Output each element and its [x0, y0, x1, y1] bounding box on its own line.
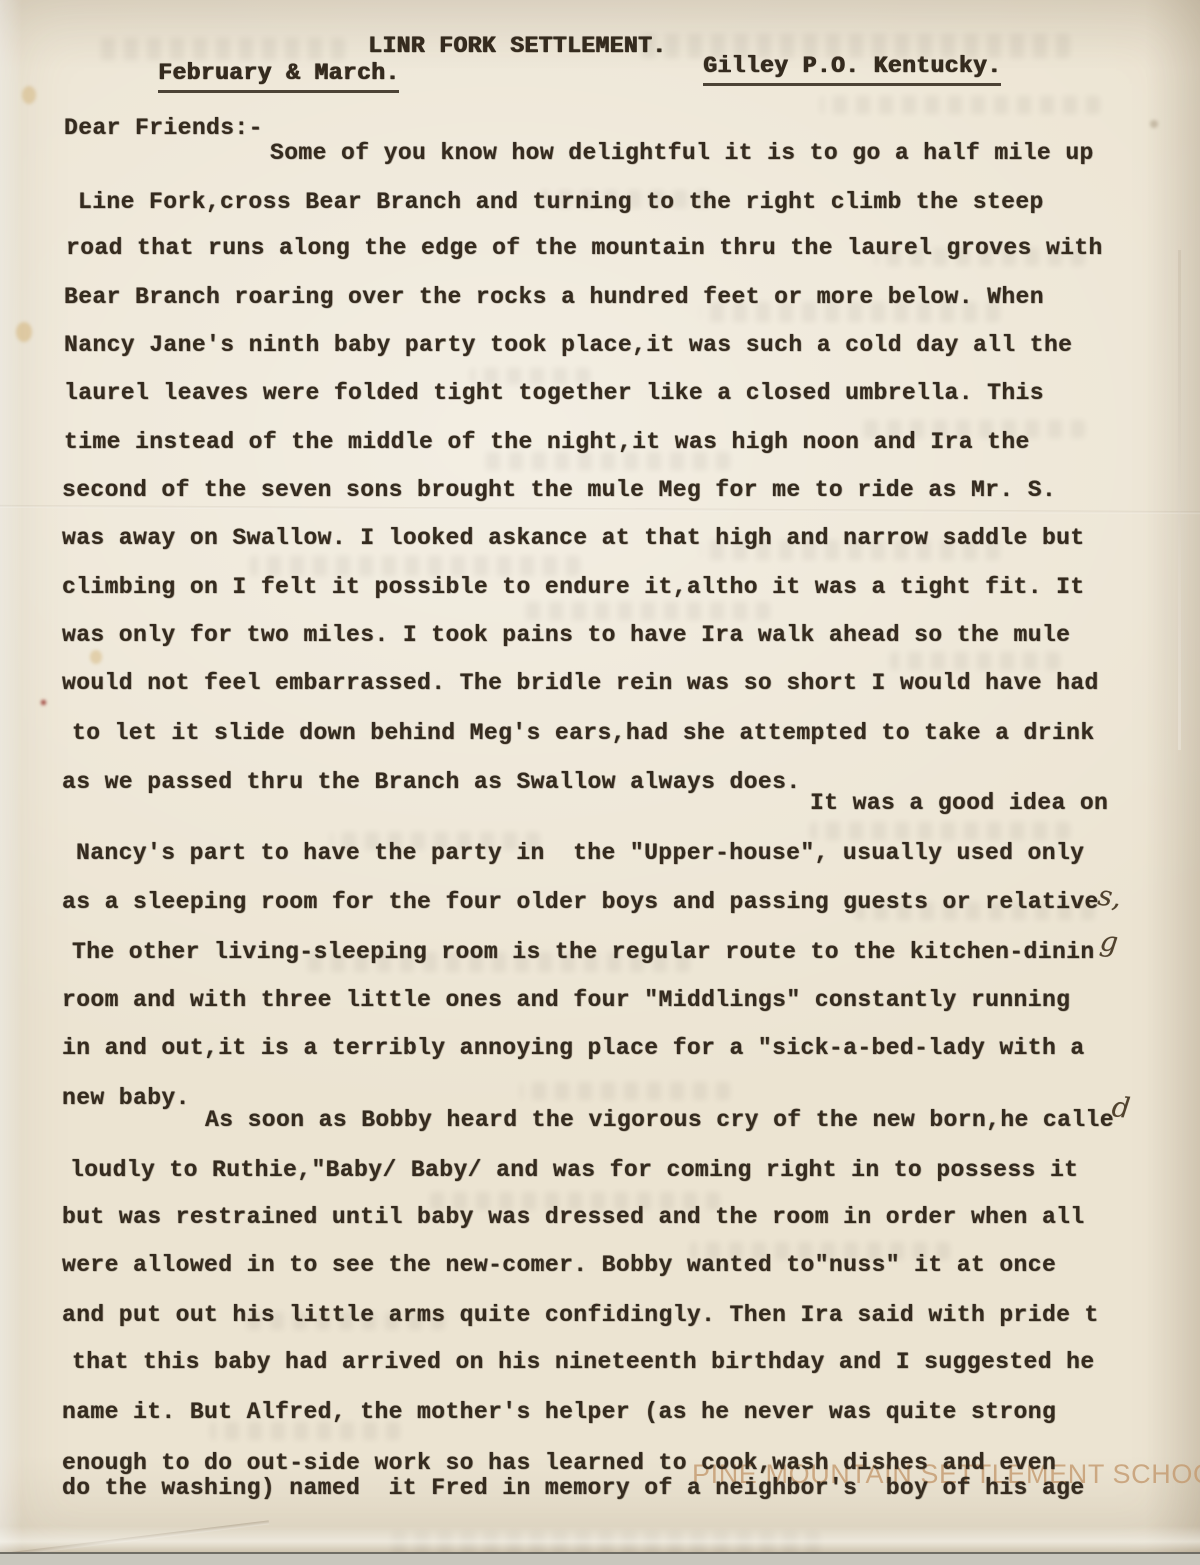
letter-line: that this baby had arrived on his ninete… — [72, 1348, 1095, 1376]
letter-date-line: February & March. — [158, 59, 399, 93]
letter-line: room and with three little ones and four… — [62, 986, 1070, 1014]
letter-line: The other living-sleeping room is the re… — [72, 938, 1095, 966]
letter-line: time instead of the middle of the night,… — [64, 428, 1030, 456]
crease-mark — [0, 505, 1200, 514]
letter-line: new baby. — [62, 1084, 190, 1112]
letter-line: do the washing) named it Fred in memory … — [62, 1474, 1085, 1502]
letter-line: As soon as Bobby heard the vigorous cry … — [205, 1106, 1114, 1134]
letter-line: Bear Branch roaring over the rocks a hun… — [64, 283, 1044, 311]
salutation: Dear Friends:- — [64, 114, 263, 142]
letter-line: laurel leaves were folded tight together… — [64, 379, 1044, 407]
page-bottom-curl — [0, 1526, 1200, 1552]
letter-line: second of the seven sons brought the mul… — [62, 476, 1056, 504]
letter-line: name it. But Alfred, the mother's helper… — [62, 1398, 1056, 1426]
letter-po-line: Gilley P.O. Kentucky. — [703, 52, 1001, 86]
letter-line: Nancy's part to have the party in the "U… — [76, 839, 1084, 867]
bleedthrough-patch — [820, 96, 1100, 114]
age-spot — [90, 650, 102, 664]
age-spot — [1150, 120, 1158, 128]
letter-line: It was a good idea on — [810, 789, 1108, 817]
letter-line: road that runs along the edge of the mou… — [66, 234, 1103, 262]
letter-line: were allowed in to see the new-comer. Bo… — [62, 1251, 1056, 1279]
letter-line: as we passed thru the Branch as Swallow … — [62, 768, 801, 796]
letter-line: loudly to Ruthie,"Baby/ Baby/ and was fo… — [70, 1156, 1078, 1184]
scan-edge-strip — [0, 1552, 1200, 1565]
letter-title: LINR FORK SETTLEMENT. — [368, 32, 666, 60]
bleedthrough-patch — [520, 1082, 730, 1100]
crease-mark — [1178, 250, 1181, 750]
bleedthrough-patch — [520, 602, 770, 620]
letter-line: Line Fork,cross Bear Branch and turning … — [78, 188, 1044, 216]
bleedthrough-patch — [810, 822, 1070, 840]
letter-line: as a sleeping room for the four older bo… — [62, 888, 1099, 916]
handwritten-addition: d — [1110, 1093, 1131, 1123]
letter-line: enough to do out-side work so has learne… — [62, 1449, 1056, 1477]
letter-line: and put out his little arms quite confid… — [62, 1301, 1099, 1329]
letter-line: Some of you know how delightful it is to… — [270, 139, 1094, 167]
letter-line: was only for two miles. I took pains to … — [62, 621, 1070, 649]
letter-page: PINE MOUNTAIN SETTLEMENT SCHOOL 2015 LIN… — [0, 0, 1200, 1565]
letter-line: would not feel embarrassed. The bridle r… — [62, 669, 1099, 697]
letter-line: Nancy Jane's ninth baby party took place… — [64, 331, 1072, 359]
letter-line: was away on Swallow. I looked askance at… — [62, 524, 1085, 552]
age-spot — [22, 86, 36, 104]
bleedthrough-patch — [95, 38, 345, 60]
bleedthrough-patch — [890, 652, 1060, 670]
letter-line: climbing on I felt it possible to endure… — [62, 573, 1085, 601]
letter-line: in and out,it is a terribly annoying pla… — [62, 1034, 1085, 1062]
age-spot — [41, 700, 46, 705]
handwritten-addition: s, — [1096, 882, 1123, 913]
letter-line: but was restrained until baby was dresse… — [62, 1203, 1085, 1231]
age-spot — [16, 322, 32, 342]
handwritten-addition: g — [1098, 927, 1119, 957]
letter-line: to let it slide down behind Meg's ears,h… — [72, 719, 1095, 747]
